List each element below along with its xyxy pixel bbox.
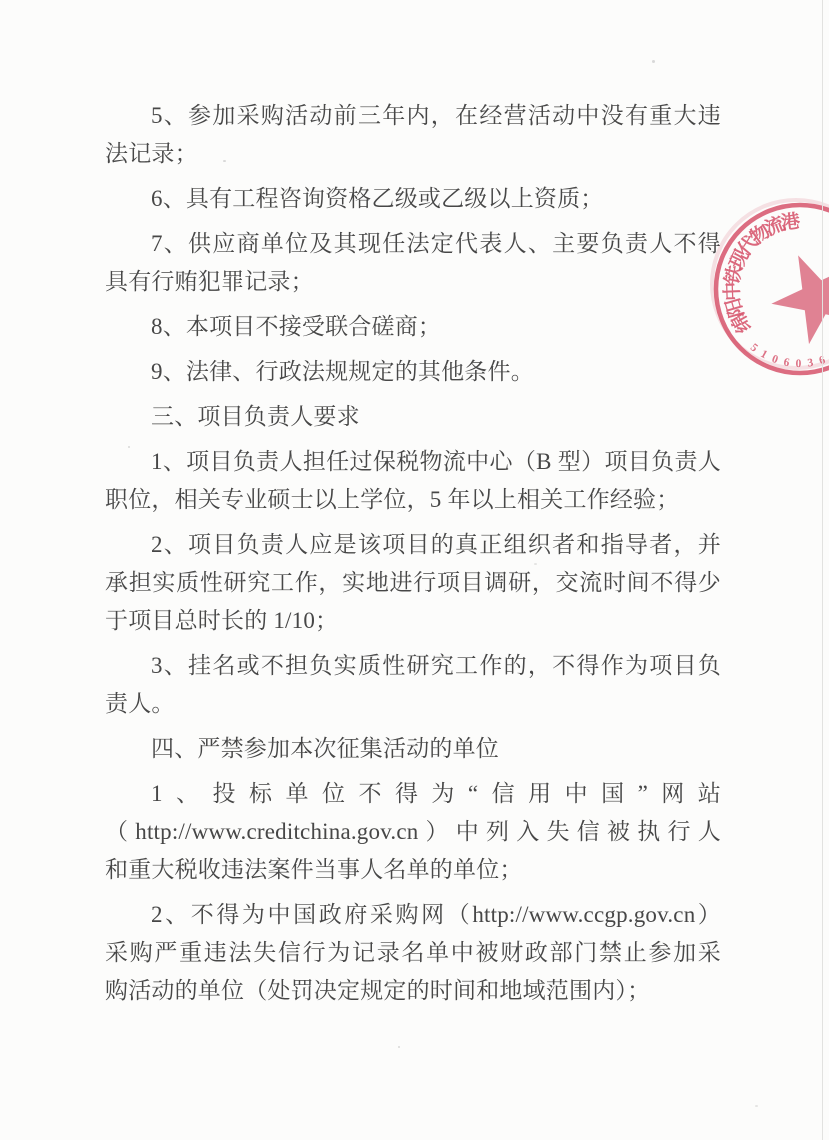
stamp-serial-digit: 3 xyxy=(807,357,815,370)
paragraph: 9、法律、行政法规规定的其他条件。 xyxy=(105,353,721,391)
text-line: 8、本项目不接受联合磋商； xyxy=(105,308,721,346)
company-seal-stamp: 绵阳中铁现代物流港 5106036 xyxy=(700,182,829,442)
text-line: 职位，相关专业硕士以上学位，5 年以上相关工作经验； xyxy=(105,481,721,519)
scan-speck xyxy=(223,160,226,162)
text-line: 购活动的单位（处罚决定规定的时间和地域范围内）； xyxy=(105,972,721,1010)
paragraph: 8、本项目不接受联合磋商； xyxy=(105,308,721,346)
stamp-serial-digit: 1 xyxy=(758,348,769,361)
paragraph: 2、项目负责人应是该项目的真正组织者和指导者，并承担实质性研究工作，实地进行项目… xyxy=(105,526,721,640)
text-line: 9、法律、行政法规规定的其他条件。 xyxy=(105,353,721,391)
paragraph: 四、严禁参加本次征集活动的单位 xyxy=(105,730,721,768)
text-line: 采购严重违法失信行为记录名单中被财政部门禁止参加采 xyxy=(105,934,721,972)
text-line: 三、项目负责人要求 xyxy=(105,398,721,436)
text-line: 责人。 xyxy=(105,685,721,723)
scan-speck xyxy=(755,1105,758,1107)
text-line: 1、投标单位不得为“信用中国”网站 xyxy=(105,775,721,813)
text-line: 2、项目负责人应是该项目的真正组织者和指导者，并 xyxy=(105,526,721,564)
stamp-star-icon xyxy=(771,255,829,344)
paragraph: 三、项目负责人要求 xyxy=(105,398,721,436)
text-line: 3、挂名或不担负实质性研究工作的，不得作为项目负 xyxy=(105,647,721,685)
scan-speck xyxy=(534,563,537,565)
text-line: 2、不得为中国政府采购网（http://www.ccgp.gov.cn） xyxy=(105,896,721,934)
text-line: 承担实质性研究工作，实地进行项目调研，交流时间不得少 xyxy=(105,564,721,602)
paragraph: 5、参加采购活动前三年内，在经营活动中没有重大违法记录； xyxy=(105,97,721,173)
paragraph: 1、投标单位不得为“信用中国”网站（http://www.creditchina… xyxy=(105,775,721,889)
scan-speck xyxy=(128,446,130,448)
text-line: 7、供应商单位及其现任法定代表人、主要负责人不得 xyxy=(105,225,721,263)
stamp-arc-char: 港 xyxy=(780,209,802,234)
paragraph: 3、挂名或不担负实质性研究工作的，不得作为项目负责人。 xyxy=(105,647,721,723)
text-line: 于项目总时长的 1/10； xyxy=(105,602,721,640)
paragraph: 2、不得为中国政府采购网（http://www.ccgp.gov.cn）采购严重… xyxy=(105,896,721,1010)
text-line: 6、具有工程咨询资格乙级或乙级以上资质； xyxy=(105,180,721,218)
text-line: （http://www.creditchina.gov.cn）中列入失信被执行人 xyxy=(105,813,721,851)
scanned-document-page: 5、参加采购活动前三年内，在经营活动中没有重大违法记录；6、具有工程咨询资格乙级… xyxy=(0,0,829,1140)
scan-edge-artifact xyxy=(822,0,823,1140)
scan-speck xyxy=(652,60,655,63)
scan-speck xyxy=(398,1046,400,1048)
document-body: 5、参加采购活动前三年内，在经营活动中没有重大违法记录；6、具有工程咨询资格乙级… xyxy=(105,97,721,1017)
paragraph: 1、项目负责人担任过保税物流中心（B 型）项目负责人职位，相关专业硕士以上学位，… xyxy=(105,443,721,519)
text-line: 5、参加采购活动前三年内，在经营活动中没有重大违 xyxy=(105,97,721,135)
paragraph: 6、具有工程咨询资格乙级或乙级以上资质； xyxy=(105,180,721,218)
text-line: 法记录； xyxy=(105,135,721,173)
stamp-serial-digit: 0 xyxy=(795,358,801,370)
text-line: 具有行贿犯罪记录； xyxy=(105,263,721,301)
text-line: 1、项目负责人担任过保税物流中心（B 型）项目负责人 xyxy=(105,443,721,481)
text-line: 和重大税收违法案件当事人名单的单位； xyxy=(105,851,721,889)
paragraph: 7、供应商单位及其现任法定代表人、主要负责人不得具有行贿犯罪记录； xyxy=(105,225,721,301)
text-line: 四、严禁参加本次征集活动的单位 xyxy=(105,730,721,768)
